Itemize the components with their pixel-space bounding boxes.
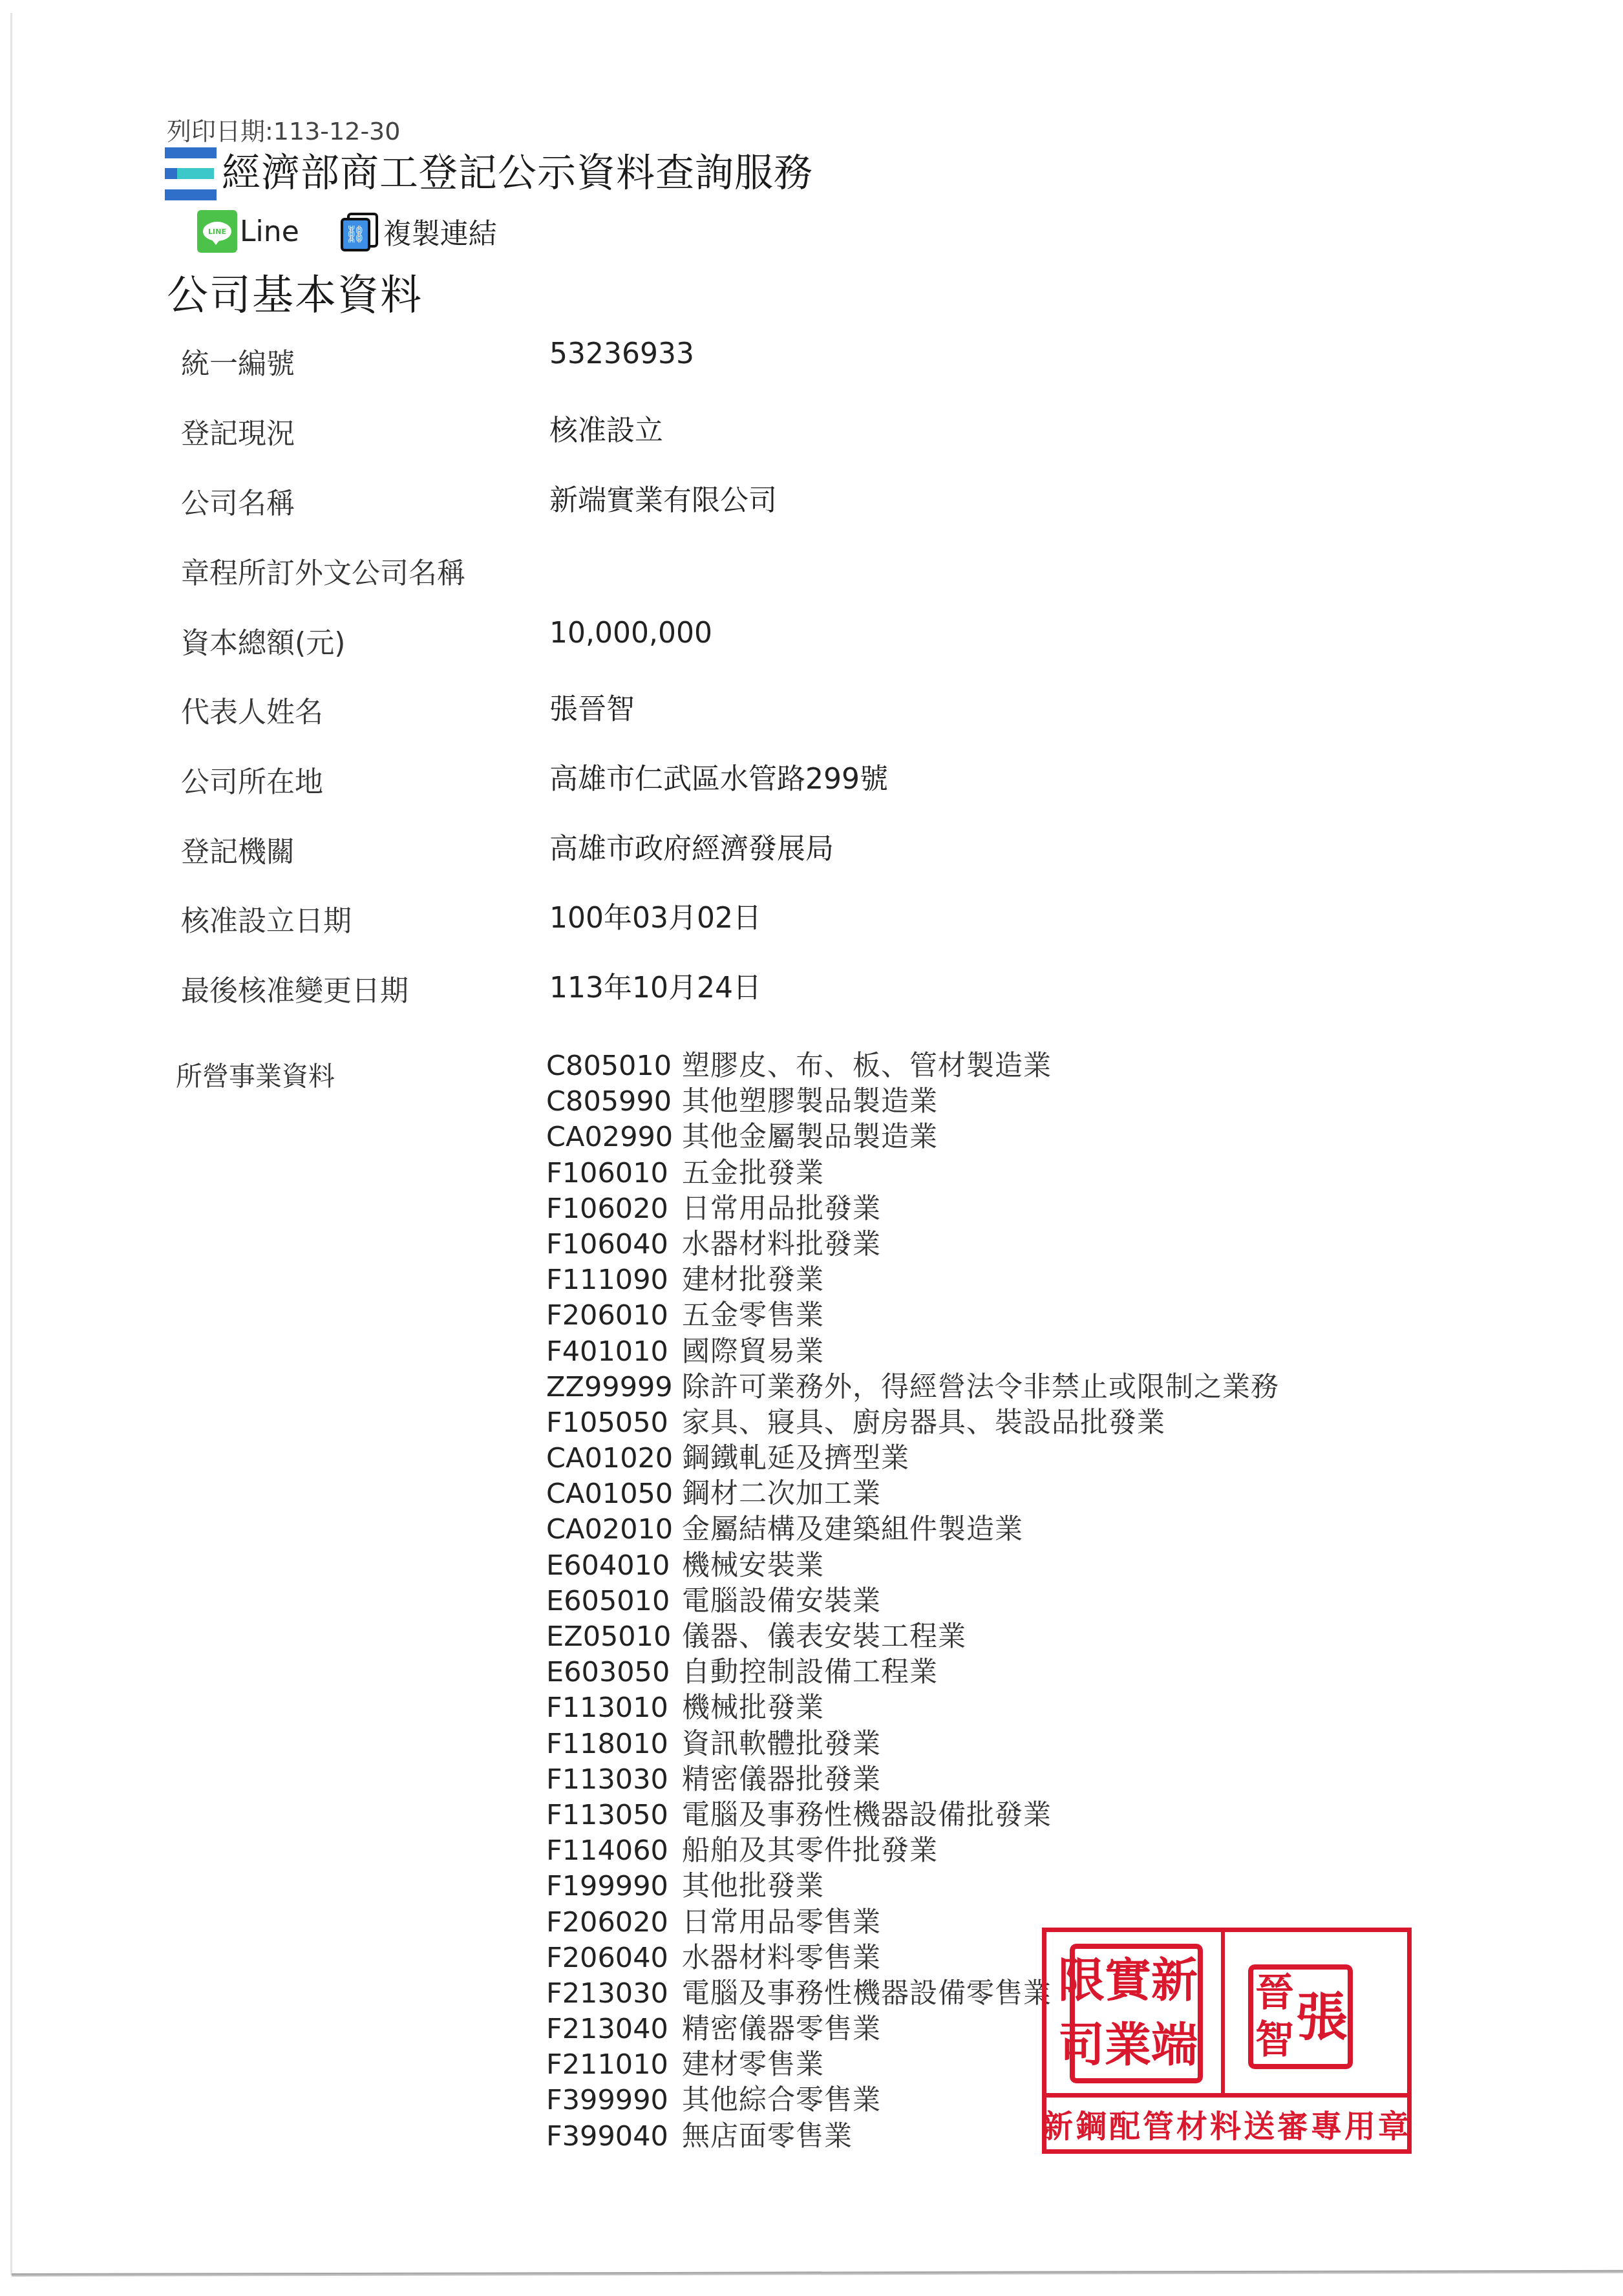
stamp-seals-area: 新 端 實 業 限 司 張 晉 智 (1046, 1932, 1407, 2098)
info-value: 新端實業有限公司 (549, 477, 777, 518)
business-code: F114060 (546, 1833, 682, 1869)
business-code: F206040 (546, 1940, 682, 1976)
business-desc: 鋼鐵軋延及擠型業 (682, 1441, 909, 1476)
list-item: E603050自動控制設備工程業 (546, 1655, 1279, 1690)
copy-link-icon: ⛓ (341, 213, 374, 250)
site-title: 經濟部商工登記公示資料查詢服務 (222, 142, 813, 198)
info-row-status: 登記現況 核准設立 (0, 410, 1551, 449)
info-label: 核准設立日期 (181, 898, 352, 939)
list-item: F199990其他批發業 (546, 1869, 1279, 1904)
business-desc: 機械批發業 (682, 1690, 824, 1726)
business-code: F113010 (546, 1690, 682, 1726)
info-value: 核准設立 (549, 407, 663, 449)
business-code: F206010 (546, 1298, 682, 1334)
seal-char: 新 (1151, 1949, 1198, 2014)
page-edge-bottom (12, 2270, 1623, 2277)
business-desc: 自動控制設備工程業 (682, 1655, 938, 1690)
info-value: 113年10月24日 (549, 964, 761, 1006)
list-item: E604010機械安裝業 (546, 1548, 1279, 1584)
list-item: F401010國際貿易業 (546, 1334, 1279, 1370)
share-toolbar: LINE Line ⛓ 複製連結 (197, 210, 538, 253)
business-desc: 家具、寢具、廚房器具、裝設品批發業 (682, 1405, 1165, 1441)
business-section-label: 所營事業資料 (176, 1055, 335, 1093)
seal-char: 智 (1253, 2017, 1296, 2064)
share-line-button[interactable]: LINE Line (197, 210, 299, 253)
business-code: ZZ99999 (546, 1370, 682, 1405)
business-code: E605010 (546, 1584, 682, 1619)
business-desc: 鋼材二次加工業 (682, 1476, 881, 1512)
business-desc: 國際貿易業 (682, 1334, 824, 1370)
business-desc: 無店面零售業 (682, 2119, 853, 2154)
site-header: 經濟部商工登記公示資料查詢服務 (165, 141, 813, 199)
stamp-caption: 新鋼配管材料送審專用章 (1042, 2101, 1412, 2146)
info-row-company-name: 公司名稱 新端實業有限公司 (0, 480, 1551, 519)
business-desc: 其他金屬製品製造業 (682, 1120, 938, 1155)
business-code: F401010 (546, 1334, 682, 1370)
business-desc: 五金零售業 (682, 1298, 824, 1334)
list-item: F113010機械批發業 (546, 1690, 1279, 1726)
list-item: F105050家具、寢具、廚房器具、裝設品批發業 (546, 1405, 1279, 1441)
info-row-capital: 資本總額(元) 10,000,000 (0, 620, 1551, 659)
list-item: F106040水器材料批發業 (546, 1227, 1279, 1262)
business-code: F399040 (546, 2119, 682, 2154)
business-code: CA02990 (546, 1120, 682, 1155)
info-label: 統一編號 (181, 341, 295, 382)
line-icon-text: LINE (203, 222, 231, 241)
info-label: 登記現況 (181, 410, 295, 452)
list-item: CA02990其他金屬製品製造業 (546, 1120, 1279, 1155)
copy-link-label: 複製連結 (383, 211, 497, 252)
business-desc: 建材零售業 (682, 2047, 824, 2083)
info-row-representative: 代表人姓名 張晉智 (0, 689, 1551, 728)
business-desc: 電腦設備安裝業 (682, 1584, 881, 1619)
list-item: CA01050鋼材二次加工業 (546, 1476, 1279, 1512)
list-item: E605010電腦設備安裝業 (546, 1584, 1279, 1619)
business-code: EZ05010 (546, 1619, 682, 1655)
representative-seal: 張 晉 智 (1248, 1964, 1353, 2069)
info-label: 公司名稱 (181, 480, 295, 522)
seal-char: 實 (1105, 1949, 1151, 2014)
business-desc: 船舶及其零件批發業 (682, 1833, 938, 1869)
info-row-established-date: 核准設立日期 100年03月02日 (0, 898, 1551, 937)
list-item: F111090建材批發業 (546, 1262, 1279, 1298)
business-desc: 其他塑膠製品製造業 (682, 1084, 938, 1120)
business-code: C805990 (546, 1084, 682, 1120)
business-code: F105050 (546, 1405, 682, 1441)
logo-stripe (165, 168, 214, 179)
line-icon: LINE (197, 210, 237, 253)
business-desc: 建材批發業 (682, 1262, 824, 1298)
seal-char: 張 (1296, 1970, 1348, 2064)
list-item: ZZ99999除許可業務外，得經營法令非禁止或限制之業務 (546, 1370, 1279, 1405)
info-label: 公司所在地 (181, 759, 323, 800)
business-desc: 其他批發業 (682, 1869, 824, 1904)
business-desc: 除許可業務外，得經營法令非禁止或限制之業務 (682, 1370, 1279, 1405)
stamp-divider (1221, 1932, 1225, 2093)
moea-logo-icon (165, 141, 218, 199)
info-label: 資本總額(元) (181, 620, 345, 661)
info-value: 100年03月02日 (549, 895, 761, 936)
list-item: F106020日常用品批發業 (546, 1191, 1279, 1227)
copy-link-button[interactable]: ⛓ 複製連結 (341, 211, 497, 252)
info-row-authority: 登記機關 高雄市政府經濟發展局 (0, 829, 1551, 867)
seal-char: 司 (1058, 2014, 1105, 2078)
business-code: CA01020 (546, 1441, 682, 1476)
business-code: F211010 (546, 2047, 682, 2083)
info-label: 代表人姓名 (181, 689, 323, 730)
business-code: F399990 (546, 2083, 682, 2118)
list-item: CA02010金屬結構及建築組件製造業 (546, 1512, 1279, 1547)
business-desc: 資訊軟體批發業 (682, 1727, 881, 1762)
business-desc: 其他綜合零售業 (682, 2083, 881, 2118)
logo-stripe (165, 147, 217, 158)
info-row-unified-number: 統一編號 53236933 (0, 341, 1551, 379)
business-desc: 精密儀器零售業 (682, 2012, 881, 2047)
business-code: F199990 (546, 1869, 682, 1904)
seal-char: 晉 (1253, 1970, 1296, 2017)
list-item: F118010資訊軟體批發業 (546, 1727, 1279, 1762)
business-code: F111090 (546, 1262, 682, 1298)
seal-char: 限 (1058, 1949, 1105, 2014)
business-code: E603050 (546, 1655, 682, 1690)
business-code: F106010 (546, 1156, 682, 1191)
info-label: 登記機關 (181, 829, 295, 870)
business-desc: 五金批發業 (682, 1156, 824, 1191)
company-seal: 新 端 實 業 限 司 (1070, 1944, 1203, 2083)
info-value: 高雄市仁武區水管路299號 (549, 756, 888, 797)
business-desc: 機械安裝業 (682, 1548, 824, 1584)
info-row-foreign-name: 章程所訂外文公司名稱 (0, 550, 1551, 589)
company-stamp: 新 端 實 業 限 司 張 晉 智 新鋼配管材料送審專用章 (1042, 1928, 1412, 2154)
info-value: 53236933 (549, 337, 694, 370)
list-item: CA01020鋼鐵軋延及擠型業 (546, 1441, 1279, 1476)
business-code: F206020 (546, 1905, 682, 1940)
list-item: C805010塑膠皮、布、板、管材製造業 (546, 1048, 1279, 1084)
info-value: 張晉智 (549, 686, 635, 727)
business-desc: 塑膠皮、布、板、管材製造業 (682, 1048, 1052, 1084)
info-row-last-change-date: 最後核准變更日期 113年10月24日 (0, 968, 1551, 1006)
seal-char: 端 (1151, 2014, 1198, 2078)
list-item: F114060船舶及其零件批發業 (546, 1833, 1279, 1869)
business-code: CA02010 (546, 1512, 682, 1547)
business-desc: 日常用品批發業 (682, 1191, 881, 1227)
business-code: C805010 (546, 1048, 682, 1084)
business-code: F113030 (546, 1762, 682, 1798)
list-item: EZ05010儀器、儀表安裝工程業 (546, 1619, 1279, 1655)
list-item: F113050電腦及事務性機器設備批發業 (546, 1798, 1279, 1833)
business-desc: 精密儀器批發業 (682, 1762, 881, 1798)
business-code: F106040 (546, 1227, 682, 1262)
stamp-caption-area: 新鋼配管材料送審專用章 (1046, 2098, 1407, 2149)
section-title: 公司基本資料 (167, 262, 423, 321)
business-code: F118010 (546, 1727, 682, 1762)
business-desc: 水器材料批發業 (682, 1227, 881, 1262)
list-item: C805990其他塑膠製品製造業 (546, 1084, 1279, 1120)
info-value: 10,000,000 (549, 617, 712, 650)
business-desc: 水器材料零售業 (682, 1940, 881, 1976)
info-row-address: 公司所在地 高雄市仁武區水管路299號 (0, 759, 1551, 798)
business-desc: 電腦及事務性機器設備批發業 (682, 1798, 1052, 1833)
business-code: F213030 (546, 1976, 682, 2012)
business-desc: 金屬結構及建築組件製造業 (682, 1512, 1023, 1547)
seal-char: 業 (1105, 2014, 1151, 2078)
business-code: F106020 (546, 1191, 682, 1227)
logo-stripe (165, 189, 217, 200)
list-item: F113030精密儀器批發業 (546, 1762, 1279, 1798)
info-value: 高雄市政府經濟發展局 (549, 825, 834, 867)
list-item: F106010五金批發業 (546, 1156, 1279, 1191)
info-label: 最後核准變更日期 (181, 968, 408, 1009)
info-label: 章程所訂外文公司名稱 (181, 550, 465, 591)
business-code: E604010 (546, 1548, 682, 1584)
business-desc: 電腦及事務性機器設備零售業 (682, 1976, 1052, 2012)
business-code: F213040 (546, 2012, 682, 2047)
list-item: F206010五金零售業 (546, 1298, 1279, 1334)
business-desc: 日常用品零售業 (682, 1905, 881, 1940)
business-desc: 儀器、儀表安裝工程業 (682, 1619, 966, 1655)
share-line-label: Line (240, 215, 299, 248)
business-code: F113050 (546, 1798, 682, 1833)
business-code: CA01050 (546, 1476, 682, 1512)
